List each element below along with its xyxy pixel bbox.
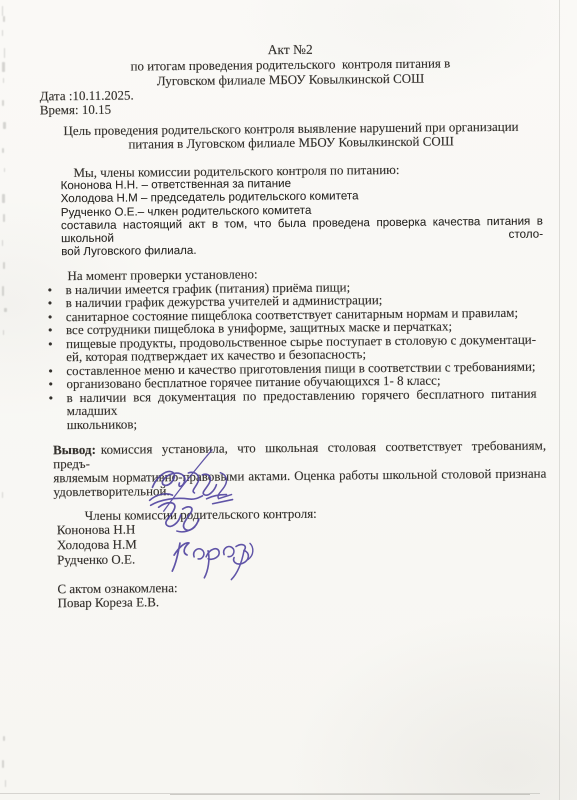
scan-mark xyxy=(3,330,4,335)
scan-mark xyxy=(2,760,4,768)
scan-mark xyxy=(2,6,3,16)
scan-mark xyxy=(3,78,4,83)
scan-mark xyxy=(3,736,5,741)
bullet-icon: • xyxy=(40,377,66,391)
commission-members: Кононова Н.Н. – ответственная за питание… xyxy=(60,175,544,219)
scan-mark xyxy=(2,100,4,106)
bullet-icon: • xyxy=(40,323,66,337)
bullet-icon: • xyxy=(40,296,66,310)
scan-mark xyxy=(3,262,5,269)
scan-mark xyxy=(4,308,7,312)
scan-mark xyxy=(3,214,5,222)
document-content: Акт №2 по итогам проведения родительског… xyxy=(37,40,548,610)
scan-mark xyxy=(2,62,5,72)
bullet-icon: • xyxy=(40,337,66,351)
finding-item: • в наличии вся документация по предоста… xyxy=(41,386,547,431)
scan-mark xyxy=(2,30,3,36)
act-statement: составила настоящий акт в том, что была … xyxy=(61,214,545,258)
conclusion-line3: удовлетворительной. xyxy=(53,480,546,499)
document-rotation-wrapper: Акт №2 по итогам проведения родительског… xyxy=(0,0,577,800)
scanned-act-document: Акт №2 по итогам проведения родительског… xyxy=(0,0,577,800)
scan-mark xyxy=(2,194,5,203)
scan-mark xyxy=(2,148,4,153)
findings-list: • в наличии имеется график (питания) при… xyxy=(39,278,546,431)
purpose-paragraph: Цель проведения родительского контроля в… xyxy=(38,120,544,152)
scan-mark xyxy=(2,286,4,296)
bullet-icon: • xyxy=(41,391,67,405)
scan-mark xyxy=(2,492,3,498)
scan-mark xyxy=(3,16,5,22)
paper-bottom-edge-dark xyxy=(170,794,530,795)
conclusion-paragraph: Вывод:комиссия установила, что школьная … xyxy=(53,439,547,499)
scan-mark xyxy=(3,122,6,129)
scan-mark xyxy=(2,240,3,246)
acknowledged-by-name: Повар Кореза Е.В. xyxy=(57,591,548,609)
act-statement-line1: составила настоящий акт в том, что была … xyxy=(61,214,543,245)
paper-right-edge xyxy=(559,0,560,800)
scan-mark xyxy=(5,780,6,787)
scan-mark xyxy=(4,168,5,172)
scan-mark xyxy=(4,48,5,58)
